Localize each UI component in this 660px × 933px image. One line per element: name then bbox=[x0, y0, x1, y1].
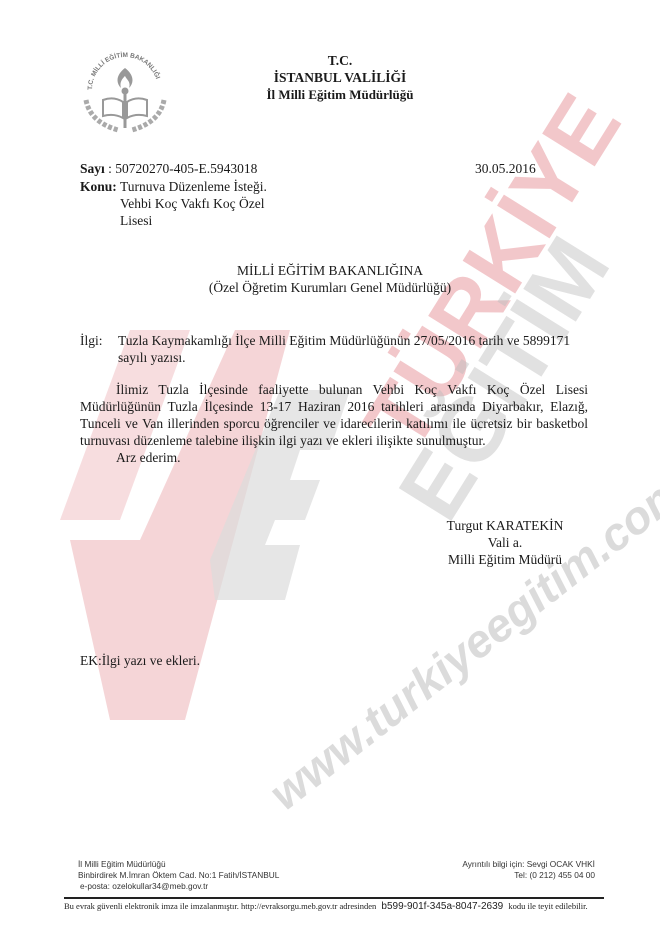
header-block: T.C. İSTANBUL VALİLİĞİ İl Milli Eğitim M… bbox=[10, 52, 660, 103]
signer-name: Turgut KARATEKİN bbox=[430, 517, 580, 534]
recipient-block: MİLLİ EĞİTİM BAKANLIĞINA (Özel Öğretim K… bbox=[0, 262, 660, 296]
footer-contact: Ayrıntılı bilgi için: Sevgi OCAK VHKİ Te… bbox=[405, 859, 595, 881]
konu-line: Lisesi bbox=[120, 212, 267, 229]
footer-email: e-posta: ozelokullar34@meb.gov.tr bbox=[78, 881, 279, 892]
verification-prefix: Bu evrak güvenli elektronik imza ile imz… bbox=[64, 901, 376, 911]
footer-contact-person: Ayrıntılı bilgi için: Sevgi OCAK VHKİ bbox=[405, 859, 595, 870]
konu-value: Turnuva Düzenleme İsteği. Vehbi Koç Vakf… bbox=[120, 178, 267, 229]
signer-position: Milli Eğitim Müdürü bbox=[430, 551, 580, 568]
footer-address: İl Milli Eğitim Müdürlüğü Binbirdirek M.… bbox=[78, 859, 279, 892]
footer-office: İl Milli Eğitim Müdürlüğü bbox=[78, 859, 279, 870]
footer-phone: Tel: (0 212) 455 04 00 bbox=[405, 870, 595, 881]
konu-label: Konu: bbox=[80, 178, 117, 195]
attachment-note: EK:İlgi yazı ve ekleri. bbox=[80, 652, 200, 669]
recipient-ministry: MİLLİ EĞİTİM BAKANLIĞINA bbox=[0, 262, 660, 279]
ilgi-label: İlgi: bbox=[80, 332, 103, 349]
verification-code[interactable]: b599-901f-345a-8047-2639 bbox=[378, 901, 506, 912]
signer-title: Vali a. bbox=[430, 534, 580, 551]
header-tc: T.C. bbox=[10, 52, 660, 69]
header-valilik: İSTANBUL VALİLİĞİ bbox=[10, 69, 660, 86]
closing-text: Arz ederim. bbox=[116, 449, 180, 466]
ilgi-text: Tuzla Kaymakamlığı İlçe Milli Eğitim Müd… bbox=[118, 332, 588, 366]
recipient-directorate: (Özel Öğretim Kurumları Genel Müdürlüğü) bbox=[0, 279, 660, 296]
ilgi-line: sayılı yazısı. bbox=[118, 349, 588, 366]
signature-block: Turgut KARATEKİN Vali a. Milli Eğitim Mü… bbox=[430, 517, 580, 568]
watermark: TÜRKİYE EĞİTİM www.turkiyeegitim.com bbox=[0, 0, 660, 933]
ilgi-line: Tuzla Kaymakamlığı İlçe Milli Eğitim Müd… bbox=[118, 332, 588, 349]
document-date: 30.05.2016 bbox=[475, 160, 536, 177]
konu-line: Vehbi Koç Vakfı Koç Özel bbox=[120, 195, 267, 212]
sayi-line: Sayı : 50720270-405-E.5943018 bbox=[80, 160, 257, 177]
sayi-label: Sayı bbox=[80, 161, 105, 176]
verification-suffix: kodu ile teyit edilebilir. bbox=[508, 901, 587, 911]
konu-line: Turnuva Düzenleme İsteği. bbox=[120, 178, 267, 195]
verification-line: Bu evrak güvenli elektronik imza ile imz… bbox=[64, 901, 624, 912]
footer-divider bbox=[64, 897, 604, 899]
footer-street: Binbirdirek M.İmran Öktem Cad. No:1 Fati… bbox=[78, 870, 279, 881]
body-paragraph: İlimiz Tuzla İlçesinde faaliyette buluna… bbox=[80, 381, 588, 449]
header-mudurluk: İl Milli Eğitim Müdürlüğü bbox=[10, 86, 660, 103]
sayi-value: : 50720270-405-E.5943018 bbox=[108, 161, 257, 176]
